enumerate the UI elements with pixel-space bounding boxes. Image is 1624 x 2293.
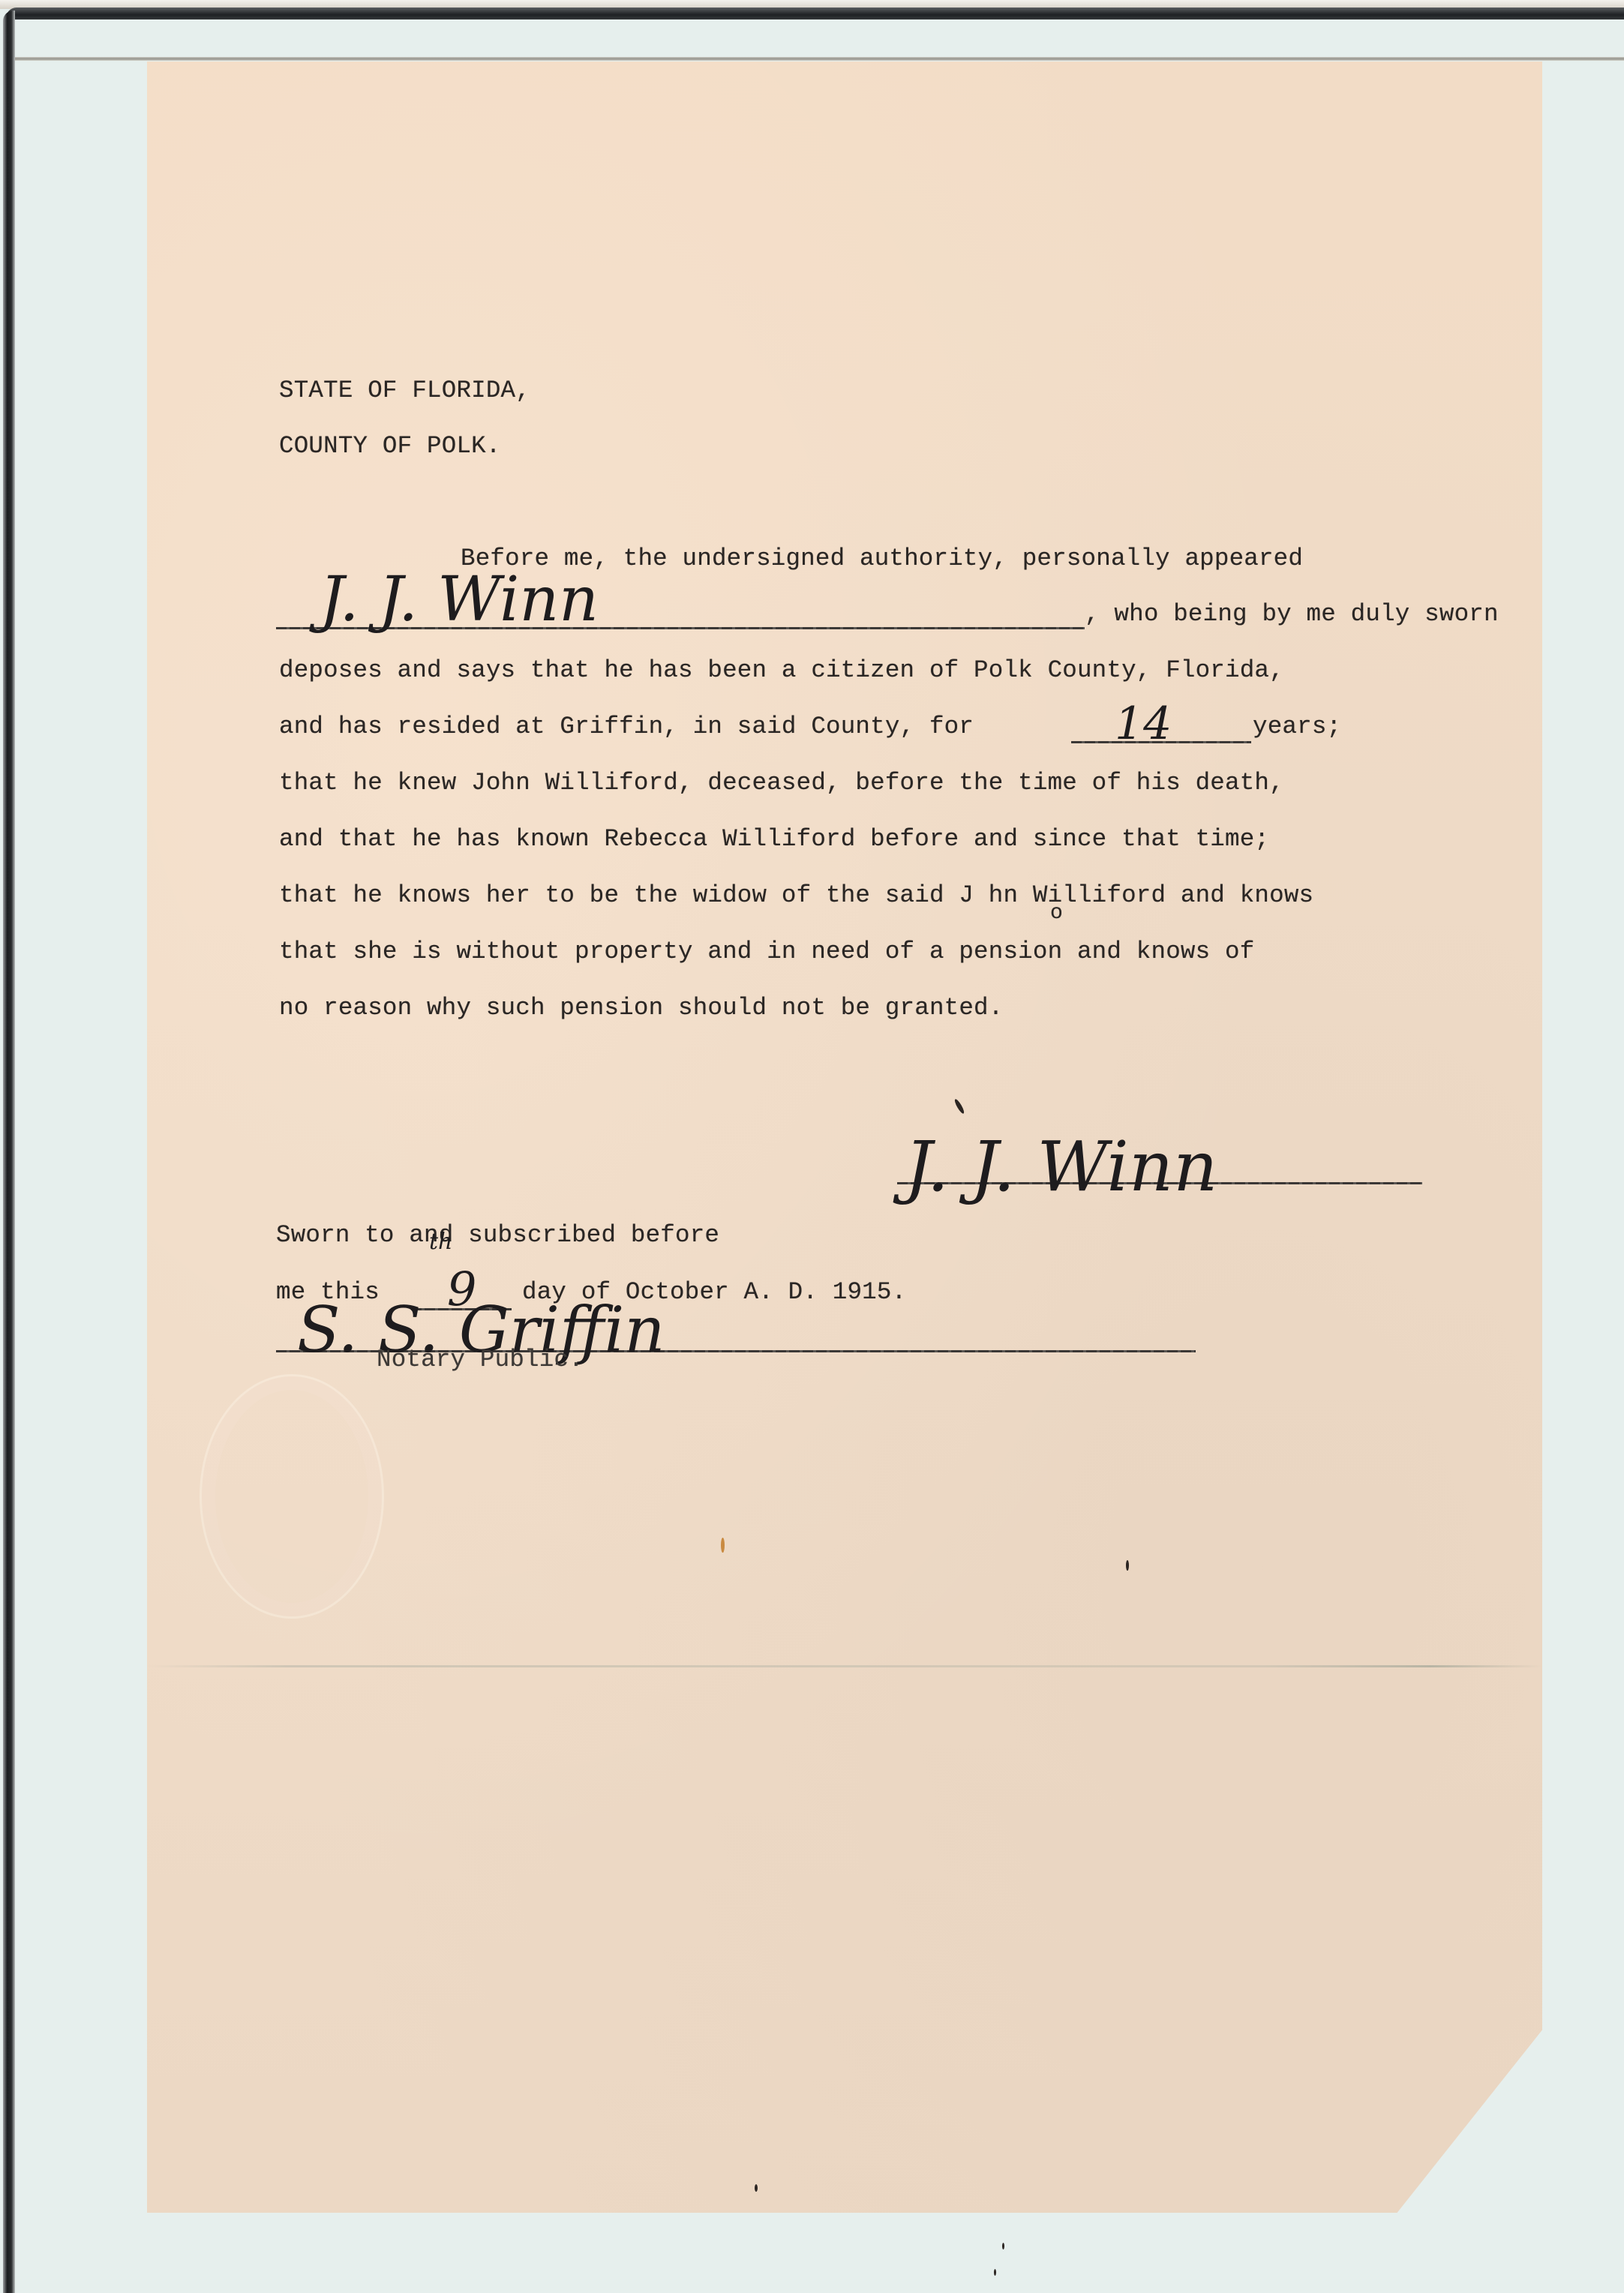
affiant-signature: J. J. Winn	[905, 1127, 1217, 1207]
body-line-4-tail: years;	[1253, 713, 1341, 740]
body-line-7: that he knows her to be the widow of the…	[279, 881, 1313, 909]
body-line-6: and that he has known Rebecca Williford …	[279, 825, 1269, 853]
ink-speck	[755, 2184, 758, 2192]
scanner-glass-edge	[15, 57, 1624, 61]
affiant-handwritten-name: J. J. Winn	[320, 564, 599, 635]
notary-embossed-seal	[200, 1374, 384, 1619]
heading-county: COUNTY OF POLK.	[279, 432, 501, 460]
body-line-9: no reason why such pension should not be…	[279, 994, 1003, 1022]
years-handwritten: 14	[1115, 698, 1172, 750]
body-line-5: that he knew John Williford, deceased, b…	[279, 769, 1284, 797]
dust-speck	[1002, 2243, 1004, 2249]
scanner-frame-left	[3, 11, 15, 2293]
stain-mark	[721, 1538, 725, 1553]
day-suffix-handwritten: th	[429, 1229, 452, 1255]
dust-speck	[994, 2269, 996, 2276]
affidavit-document: STATE OF FLORIDA, COUNTY OF POLK. Before…	[147, 62, 1542, 2213]
body-line-2-tail: , who being by me duly sworn	[1085, 600, 1499, 628]
jurat-line-1: Sworn to and subscribed before	[276, 1221, 719, 1249]
ink-speck	[1126, 1560, 1129, 1571]
notary-label: Notary Public.	[377, 1346, 584, 1373]
heading-state: STATE OF FLORIDA,	[279, 377, 530, 404]
body-line-3: deposes and says that he has been a citi…	[279, 656, 1284, 684]
body-line-8: that she is without property and in need…	[279, 938, 1254, 965]
paper-fold-line	[147, 1665, 1542, 1667]
body-line-4-head: and has resided at Griffin, in said Coun…	[279, 713, 974, 740]
ink-mark	[953, 1098, 965, 1115]
scanner-frame-top	[6, 8, 1624, 20]
body-line-7-correction: o	[1050, 902, 1063, 925]
